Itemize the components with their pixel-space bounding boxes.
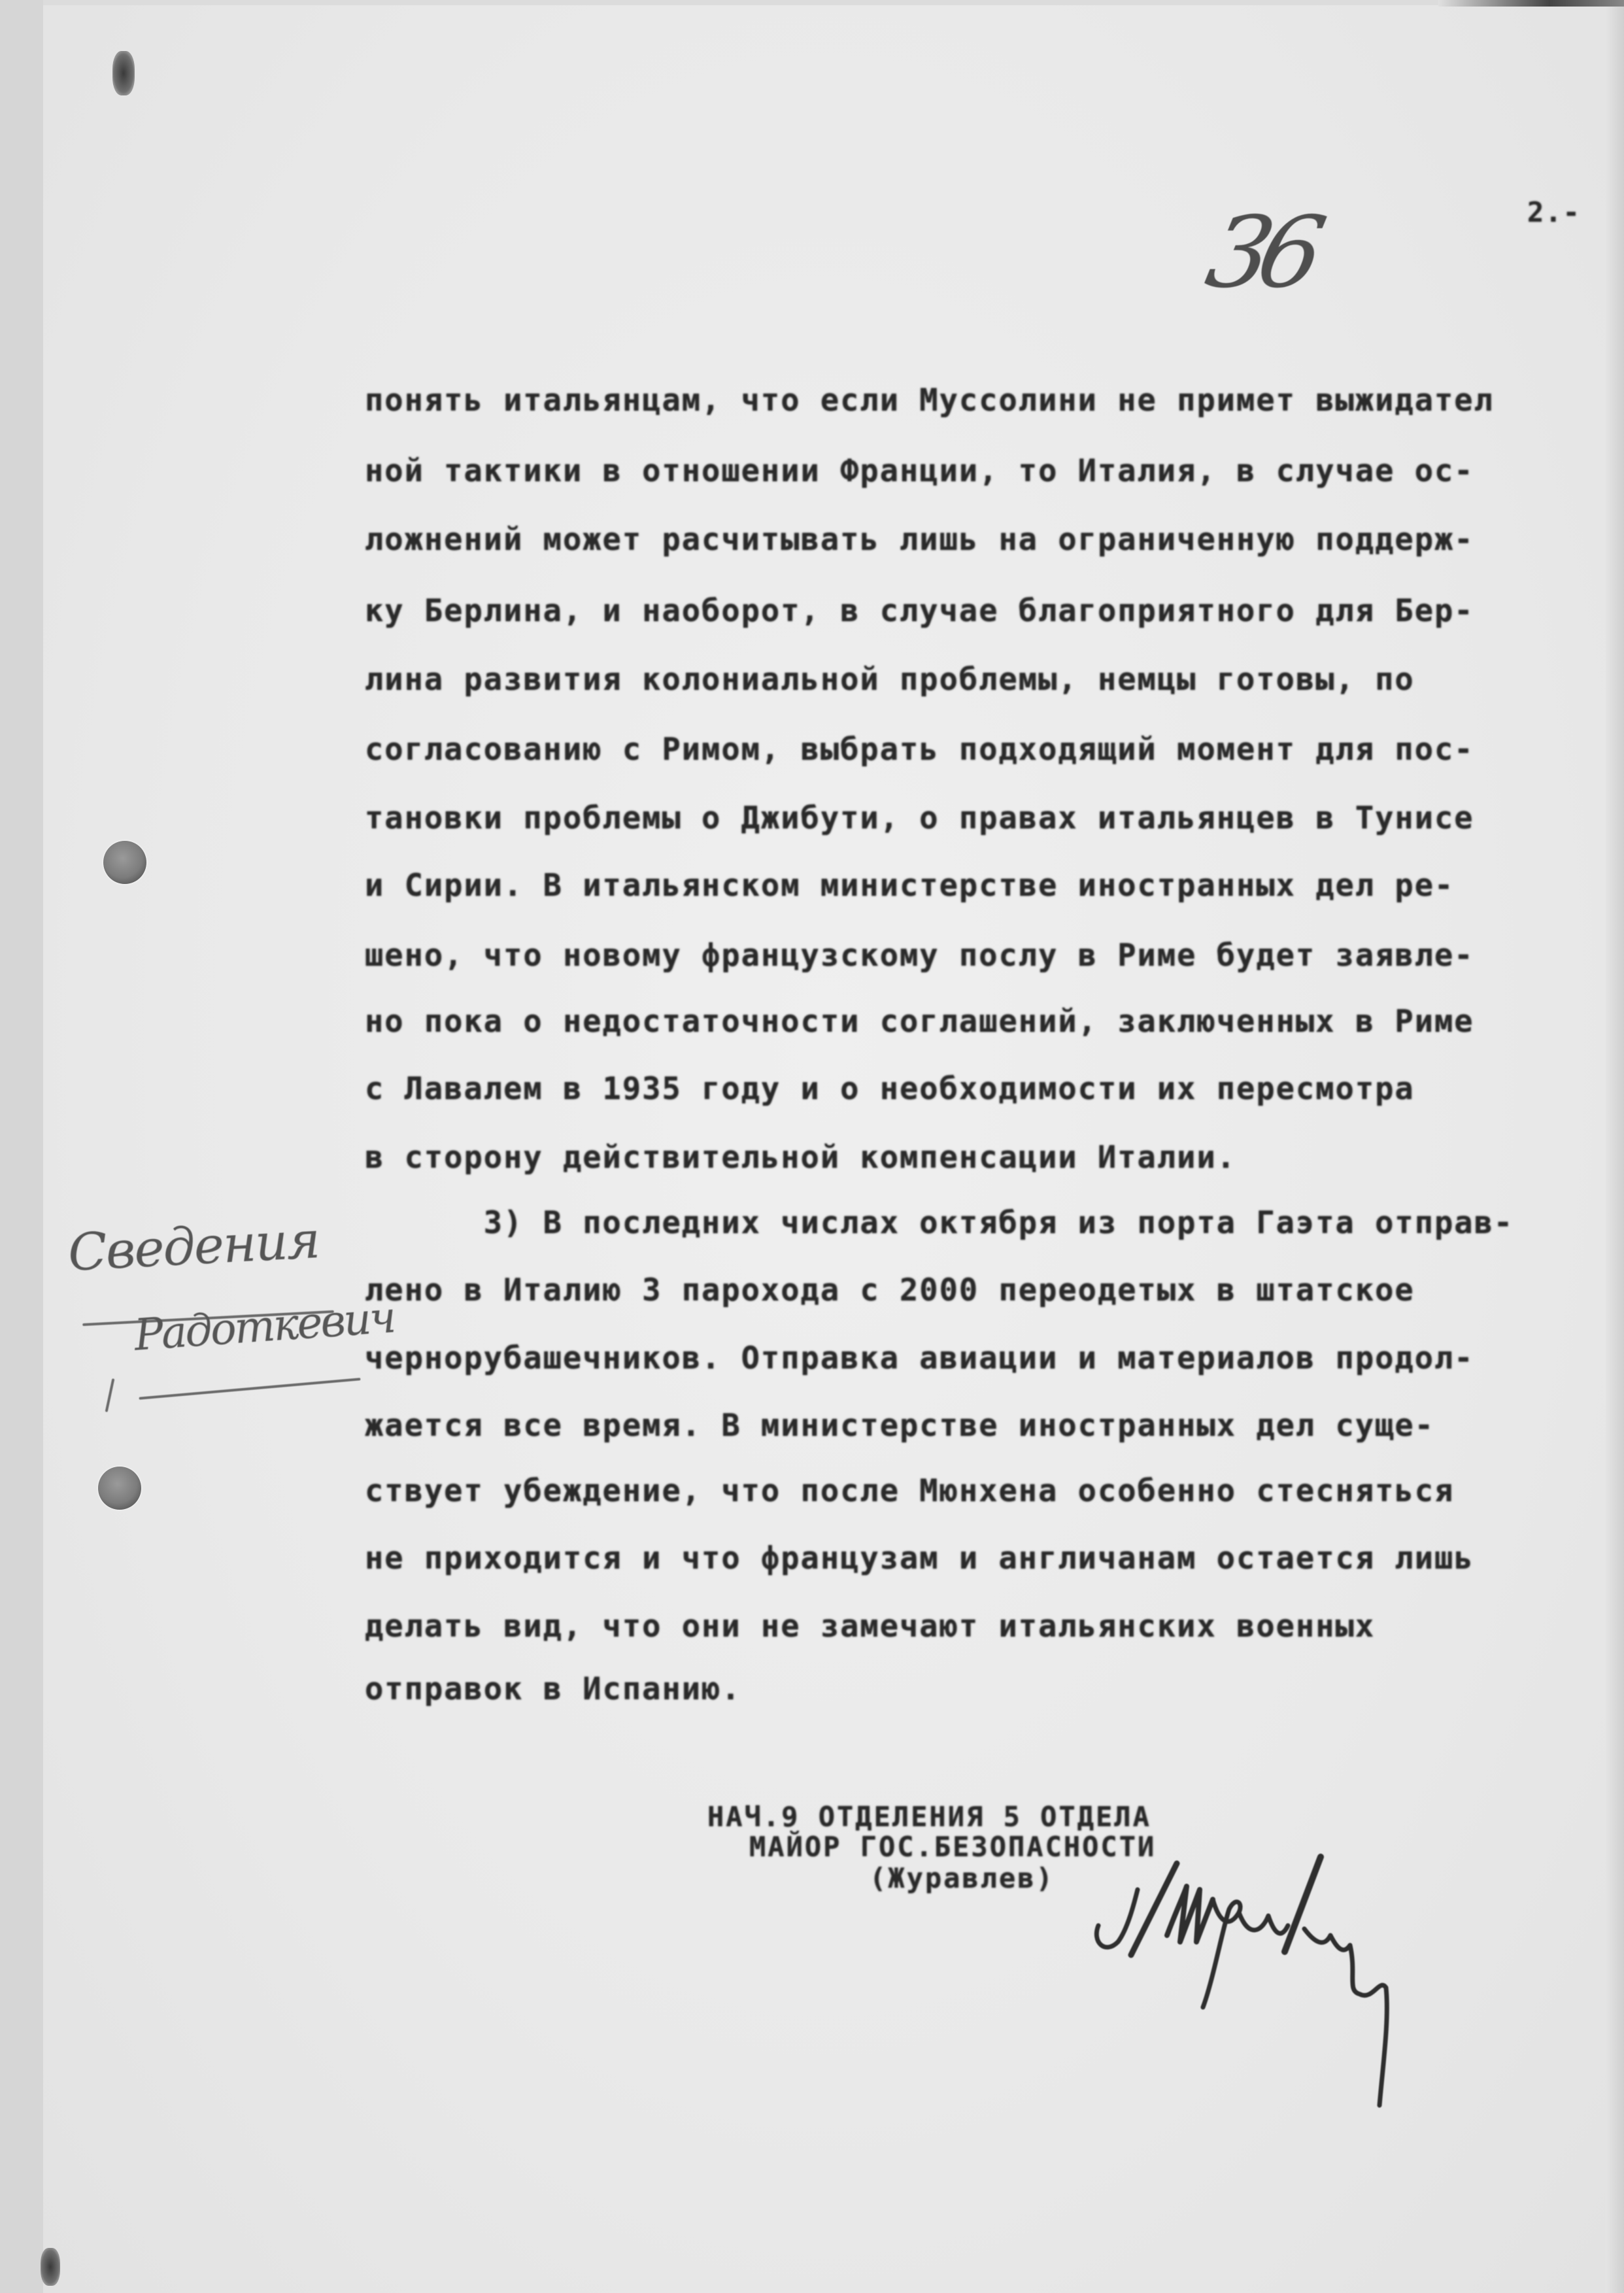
body-line: делать вид, что они не замечают итальянс… bbox=[365, 1608, 1375, 1644]
handwritten-signature bbox=[1072, 1850, 1425, 2112]
body-line: чернорубашечников. Отправка авиации и ма… bbox=[365, 1340, 1474, 1376]
body-line: лина развития колониальной проблемы, нем… bbox=[365, 662, 1415, 698]
body-line: ной тактики в отношении Франции, то Итал… bbox=[365, 453, 1474, 489]
page-number: 2.- bbox=[1527, 196, 1581, 228]
body-line: шено, что новому французскому послу в Ри… bbox=[365, 938, 1474, 974]
body-line: ку Берлина, и наоборот, в случае благопр… bbox=[365, 593, 1474, 629]
body-line: тановки проблемы о Джибути, о правах ита… bbox=[365, 800, 1474, 836]
tear-mark-top bbox=[112, 51, 135, 95]
body-line: в сторону действительной компенсации Ита… bbox=[365, 1140, 1236, 1176]
body-line: понять итальянцам, что если Муссолини не… bbox=[365, 382, 1494, 418]
body-line: 3) В последних числах октября из порта Г… bbox=[365, 1205, 1514, 1241]
body-line: и Сирии. В итальянском министерстве инос… bbox=[365, 868, 1454, 904]
body-line: ложнений может расчитывать лишь на огран… bbox=[365, 522, 1474, 558]
body-line: ствует убеждение, что после Мюнхена особ… bbox=[365, 1473, 1454, 1509]
body-line: лено в Италию 3 парохода с 2000 переодет… bbox=[365, 1272, 1415, 1308]
signature-name-line: (Журавлев) bbox=[870, 1862, 1055, 1894]
scan-border-left bbox=[0, 0, 43, 2293]
body-line: жается все время. В министерстве иностра… bbox=[365, 1408, 1434, 1444]
body-line: согласованию с Римом, выбрать подходящий… bbox=[365, 732, 1474, 768]
tear-mark-bottom bbox=[41, 2248, 60, 2286]
body-line: с Лавалем в 1935 году и о необходимости … bbox=[365, 1071, 1415, 1107]
punch-hole-lower bbox=[98, 1467, 141, 1510]
scan-border-top bbox=[1438, 0, 1624, 7]
signature-title-line: НАЧ.9 ОТДЕЛЕНИЯ 5 ОТДЕЛА bbox=[707, 1801, 1151, 1833]
punch-hole-upper bbox=[103, 841, 146, 884]
body-line: отправок в Испанию. bbox=[365, 1671, 741, 1707]
scan-border-right bbox=[1606, 0, 1624, 2293]
body-line: но пока о недостаточности соглашений, за… bbox=[365, 1004, 1474, 1040]
body-line: не приходится и что французам и англичан… bbox=[365, 1540, 1474, 1576]
